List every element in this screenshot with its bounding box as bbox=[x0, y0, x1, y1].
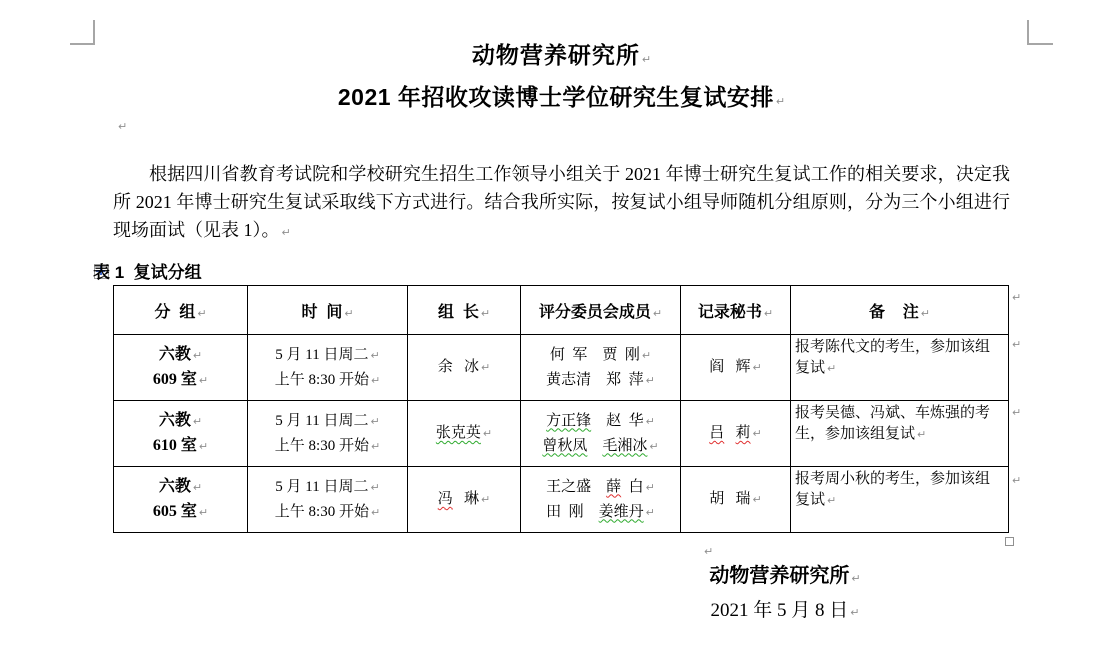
cell-secretary: 胡 瑞↵ bbox=[681, 467, 791, 533]
cell-text: 白 bbox=[629, 479, 644, 495]
cell-secretary: 阎 辉↵ bbox=[681, 335, 791, 401]
document-title-line1: 动物营养研究所↵ bbox=[113, 40, 1010, 75]
document-page[interactable]: 动物营养研究所↵ 2021 年招收攻读博士学位研究生复试安排↵ ↵ 根据四川省教… bbox=[0, 0, 1120, 672]
header-leader: 组 长↵ bbox=[408, 286, 521, 335]
row-end-mark-icon: ↵ bbox=[1012, 338, 1021, 351]
paragraph-mark-icon: ↵ bbox=[370, 415, 379, 428]
header-text: 时 间 bbox=[301, 304, 342, 321]
paragraph-mark-icon: ↵ bbox=[646, 506, 655, 519]
paragraph-mark-icon: ↵ bbox=[642, 349, 651, 362]
cell-committee: 王之盛 薛 白↵田 刚 姜维丹↵ bbox=[521, 467, 681, 533]
cell-line: 六教↵ bbox=[118, 475, 243, 500]
cell-leader: 张克英↵ bbox=[408, 401, 521, 467]
document-title-line2: 2021 年招收攻读博士学位研究生复试安排↵ bbox=[113, 82, 1010, 117]
header-text: 记录秘书 bbox=[698, 304, 762, 321]
cell-text: 上午 8:30 开始 bbox=[275, 372, 369, 388]
document-titles: 动物营养研究所↵ 2021 年招收攻读博士学位研究生复试安排↵ bbox=[113, 40, 1010, 117]
cell-text bbox=[591, 413, 606, 429]
spellcheck-green-text: 曾秋凤 bbox=[542, 438, 587, 454]
paragraph-mark-icon: ↵ bbox=[704, 545, 713, 558]
paragraph-mark-icon: ↵ bbox=[764, 307, 773, 320]
paragraph-mark-icon: ↵ bbox=[370, 481, 379, 494]
cell-text bbox=[587, 438, 602, 454]
cell-line: 上午 8:30 开始↵ bbox=[252, 434, 403, 459]
cell-text: 赵 华 bbox=[606, 413, 644, 429]
table-header-row: 分 组↵ 时 间↵ 组 长↵ 评分委员会成员↵ 记录秘书↵ 备 注↵ bbox=[114, 286, 1009, 335]
cell-text: 5 月 11 日周二 bbox=[275, 479, 368, 495]
row-end-mark-icon: ↵ bbox=[1012, 291, 1021, 304]
paragraph-mark-icon: ↵ bbox=[850, 606, 859, 619]
cell-line: 曾秋凤 毛湘冰↵ bbox=[525, 434, 676, 459]
cell-leader: 余 冰↵ bbox=[408, 335, 521, 401]
cell-text: 报考吴德、冯斌、车炼强的考生，参加该组复试 bbox=[795, 405, 990, 442]
cell-time: 5 月 11 日周二↵上午 8:30 开始↵ bbox=[248, 467, 408, 533]
paragraph-mark-icon: ↵ bbox=[371, 374, 380, 387]
cell-secretary: 吕 莉↵ bbox=[681, 401, 791, 467]
title-text: 2021 年招收攻读博士学位研究生复试安排 bbox=[338, 84, 774, 110]
table-resize-handle-icon[interactable] bbox=[1005, 537, 1014, 546]
intro-paragraph: 根据四川省教育考试院和学校研究生招生工作领导小组关于 2021 年博士研究生复试… bbox=[113, 160, 1010, 247]
paragraph-mark-icon: ↵ bbox=[371, 506, 380, 519]
cell-leader: 冯 琳↵ bbox=[408, 467, 521, 533]
paragraph-mark-icon: ↵ bbox=[344, 307, 353, 320]
cell-line: 报考吴德、冯斌、车炼强的考生，参加该组复试↵ bbox=[795, 403, 1004, 445]
document-footer: 动物营养研究所↵ 2021 年 5 月 8 日↵ bbox=[590, 563, 980, 626]
cell-remark: 报考陈代文的考生，参加该组复试↵ bbox=[791, 335, 1009, 401]
cell-text: 5 月 11 日周二 bbox=[275, 413, 368, 429]
cell-text: 何 军 贾 刚 bbox=[550, 347, 640, 363]
cell-line: 冯 琳↵ bbox=[412, 487, 516, 512]
cell-line: 报考陈代文的考生，参加该组复试↵ bbox=[795, 337, 1004, 379]
header-committee: 评分委员会成员↵ bbox=[521, 286, 681, 335]
cell-group: 六教↵610 室↵ bbox=[114, 401, 248, 467]
cell-text: 王之盛 bbox=[546, 479, 591, 495]
cell-text bbox=[584, 504, 599, 520]
paragraph-mark-icon: ↵ bbox=[199, 374, 208, 387]
cell-line: 张克英↵ bbox=[412, 421, 516, 446]
header-text: 评分委员会成员 bbox=[539, 304, 651, 321]
paragraph-mark-icon: ↵ bbox=[827, 494, 836, 507]
header-time: 时 间↵ bbox=[248, 286, 408, 335]
cell-text: 上午 8:30 开始 bbox=[275, 438, 369, 454]
paragraph-mark-icon: ↵ bbox=[851, 572, 860, 585]
cell-remark: 报考周小秋的考生，参加该组复试↵ bbox=[791, 467, 1009, 533]
cell-line: 胡 瑞↵ bbox=[685, 487, 786, 512]
title-text: 动物营养研究所 bbox=[472, 42, 640, 68]
paragraph-mark-icon: ↵ bbox=[193, 481, 202, 494]
spellcheck-green-text: 姜维丹 bbox=[599, 504, 644, 520]
paragraph-mark-icon: ↵ bbox=[642, 53, 651, 66]
date-line: 2021 年 5 月 8 日↵ bbox=[590, 598, 980, 626]
cell-line: 余 冰↵ bbox=[412, 355, 516, 380]
paragraph-mark-icon: ↵ bbox=[649, 440, 658, 453]
cell-line: 610 室↵ bbox=[118, 434, 243, 459]
cell-time: 5 月 11 日周二↵上午 8:30 开始↵ bbox=[248, 401, 408, 467]
cell-text: 六教 bbox=[159, 346, 191, 363]
signature-line: 动物营养研究所↵ bbox=[590, 563, 980, 592]
paragraph-mark-icon: ↵ bbox=[646, 374, 655, 387]
header-text: 组 长 bbox=[438, 304, 479, 321]
header-remark: 备 注↵ bbox=[791, 286, 1009, 335]
paragraph-mark-icon: ↵ bbox=[199, 440, 208, 453]
cell-line: 田 刚 姜维丹↵ bbox=[525, 500, 676, 525]
date-text: 2021 年 5 月 8 日 bbox=[711, 600, 849, 621]
row-end-mark-icon: ↵ bbox=[1012, 406, 1021, 419]
cell-text: 余 冰 bbox=[438, 359, 479, 375]
cell-line: 5 月 11 日周二↵ bbox=[252, 343, 403, 368]
cell-text: 610 室 bbox=[153, 437, 197, 454]
header-text: 分 组 bbox=[154, 304, 195, 321]
cell-remark: 报考吴德、冯斌、车炼强的考生，参加该组复试↵ bbox=[791, 401, 1009, 467]
cell-text: 605 室 bbox=[153, 503, 197, 520]
cell-line: 黄志清 郑 萍↵ bbox=[525, 368, 676, 393]
cell-group: 六教↵605 室↵ bbox=[114, 467, 248, 533]
paragraph-mark-icon: ↵ bbox=[371, 440, 380, 453]
review-table-body: 六教↵609 室↵5 月 11 日周二↵上午 8:30 开始↵余 冰↵何 军 贾… bbox=[114, 335, 1009, 533]
paragraph-mark-icon: ↵ bbox=[921, 307, 930, 320]
cell-line: 阎 辉↵ bbox=[685, 355, 786, 380]
review-group-table: 分 组↵ 时 间↵ 组 长↵ 评分委员会成员↵ 记录秘书↵ 备 注↵ 六教↵60… bbox=[113, 285, 1009, 533]
cell-text: 报考周小秋的考生，参加该组复试 bbox=[795, 471, 990, 508]
cell-line: 何 军 贾 刚↵ bbox=[525, 343, 676, 368]
row-end-mark-icon: ↵ bbox=[1012, 474, 1021, 487]
cell-text bbox=[591, 479, 606, 495]
cell-text: 阎 辉 bbox=[709, 359, 750, 375]
cell-line: 上午 8:30 开始↵ bbox=[252, 500, 403, 525]
table-row: 六教↵609 室↵5 月 11 日周二↵上午 8:30 开始↵余 冰↵何 军 贾… bbox=[114, 335, 1009, 401]
cell-text: 黄志清 郑 萍 bbox=[546, 372, 644, 388]
paragraph-mark-icon: ↵ bbox=[776, 95, 785, 108]
paragraph-mark-icon: ↵ bbox=[753, 361, 762, 374]
paragraph-mark-icon: ↵ bbox=[917, 428, 926, 441]
cell-line: 5 月 11 日周二↵ bbox=[252, 475, 403, 500]
paragraph-mark-icon: ↵ bbox=[646, 481, 655, 494]
margin-crop-mark-left-icon bbox=[70, 20, 95, 45]
paragraph-mark-icon: ↵ bbox=[646, 415, 655, 428]
cell-text: 六教 bbox=[159, 478, 191, 495]
paragraph-mark-icon: ↵ bbox=[193, 349, 202, 362]
spellcheck-green-text: 毛湘冰 bbox=[602, 438, 647, 454]
margin-crop-mark-right-icon bbox=[1027, 20, 1053, 45]
header-text: 备 注 bbox=[869, 304, 919, 321]
cell-line: 吕 莉↵ bbox=[685, 421, 786, 446]
cell-text: 报考陈代文的考生，参加该组复试 bbox=[795, 339, 990, 376]
cell-text: 琳 bbox=[464, 491, 479, 507]
header-group: 分 组↵ bbox=[114, 286, 248, 335]
header-secretary: 记录秘书↵ bbox=[681, 286, 791, 335]
cell-line: 王之盛 薛 白↵ bbox=[525, 475, 676, 500]
cell-group: 六教↵609 室↵ bbox=[114, 335, 248, 401]
paragraph-mark-icon: ↵ bbox=[753, 493, 762, 506]
cell-time: 5 月 11 日周二↵上午 8:30 开始↵ bbox=[248, 335, 408, 401]
paragraph-mark-icon: ↵ bbox=[199, 506, 208, 519]
cell-text: 六教 bbox=[159, 412, 191, 429]
cell-line: 上午 8:30 开始↵ bbox=[252, 368, 403, 393]
cell-line: 六教↵ bbox=[118, 409, 243, 434]
table-row: 六教↵605 室↵5 月 11 日周二↵上午 8:30 开始↵冯 琳↵王之盛 薛… bbox=[114, 467, 1009, 533]
spellcheck-green-text: 张克英 bbox=[436, 425, 481, 441]
cell-line: 5 月 11 日周二↵ bbox=[252, 409, 403, 434]
cell-text: 田 刚 bbox=[546, 504, 584, 520]
signature-text: 动物营养研究所 bbox=[709, 565, 849, 587]
paragraph-mark-icon: ↵ bbox=[282, 226, 291, 239]
cell-text: 609 室 bbox=[153, 371, 197, 388]
paragraph-mark-icon: ↵ bbox=[481, 361, 490, 374]
intro-paragraph-text: 根据四川省教育考试院和学校研究生招生工作领导小组关于 2021 年博士研究生复试… bbox=[113, 164, 1010, 240]
paragraph-mark-icon: ↵ bbox=[370, 349, 379, 362]
paragraph-mark-icon: ↵ bbox=[193, 415, 202, 428]
cell-line: 605 室↵ bbox=[118, 500, 243, 525]
cell-text: 上午 8:30 开始 bbox=[275, 504, 369, 520]
cell-line: 609 室↵ bbox=[118, 368, 243, 393]
spellcheck-green-text: 方正锋 bbox=[546, 413, 591, 429]
paragraph-mark-icon: ↵ bbox=[481, 307, 490, 320]
spellcheck-red-text: 薛 bbox=[606, 479, 621, 495]
spellcheck-red-text: 莉 bbox=[736, 425, 751, 441]
spellcheck-red-text: 吕 bbox=[709, 425, 724, 441]
cell-line: 报考周小秋的考生，参加该组复试↵ bbox=[795, 469, 1004, 511]
paragraph-mark-icon: ↵ bbox=[653, 307, 662, 320]
cell-committee: 何 军 贾 刚↵黄志清 郑 萍↵ bbox=[521, 335, 681, 401]
paragraph-mark-icon: ↵ bbox=[481, 493, 490, 506]
paragraph-mark-icon: ↵ bbox=[753, 427, 762, 440]
cell-line: 六教↵ bbox=[118, 343, 243, 368]
cell-committee: 方正锋 赵 华↵曾秋凤 毛湘冰↵ bbox=[521, 401, 681, 467]
cell-text: 5 月 11 日周二 bbox=[275, 347, 368, 363]
cell-line: 方正锋 赵 华↵ bbox=[525, 409, 676, 434]
paragraph-mark-icon: ↵ bbox=[197, 307, 206, 320]
table-row: 六教↵610 室↵5 月 11 日周二↵上午 8:30 开始↵张克英↵方正锋 赵… bbox=[114, 401, 1009, 467]
paragraph-mark-icon: ↵ bbox=[827, 362, 836, 375]
spellcheck-red-text: 冯 bbox=[438, 491, 453, 507]
cell-text bbox=[621, 479, 629, 495]
paragraph-mark-icon: ↵ bbox=[118, 120, 127, 133]
cell-text bbox=[724, 425, 735, 441]
table-caption: 表 1 复试分组 bbox=[93, 258, 202, 283]
paragraph-mark-icon: ↵ bbox=[483, 427, 492, 440]
cell-text: 胡 瑞 bbox=[709, 491, 750, 507]
cell-text bbox=[453, 491, 464, 507]
